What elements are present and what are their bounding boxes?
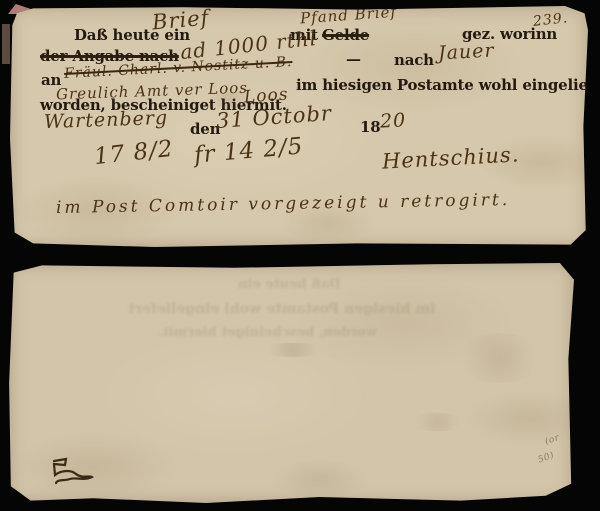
printed-text-nach: nach — [394, 51, 434, 69]
handwritten-destination: Jauer — [437, 40, 495, 65]
printed-text-gelde-struck: Gelde — [322, 26, 369, 44]
ink-squiggle-mark — [46, 455, 100, 491]
handwritten-item-word: Brief — [151, 6, 210, 35]
ink-stain — [200, 92, 260, 108]
printed-dash: — — [346, 50, 361, 68]
ink-stain — [258, 343, 328, 357]
handwritten-note: im Post Comtoir vorgezeigt u retrogirt. — [56, 190, 510, 218]
scan-background: 239. Daß heute ein Brief mit Gelde Pfand… — [0, 0, 600, 511]
paper-edge-fragment — [2, 24, 10, 64]
foxing-stain — [454, 333, 544, 383]
pencil-mark-bottom: 50) — [536, 450, 555, 465]
receipt-back: im hiesigen Postamte wohl eingeliefert w… — [8, 263, 574, 503]
handwritten-pfandbrief: Pfand Brief — [299, 3, 397, 28]
showthrough-text: Daß heute ein — [238, 277, 341, 292]
ink-stain — [408, 413, 468, 431]
handwritten-year-suffix: 20 — [379, 109, 406, 132]
handwritten-signature: Hentschius. — [381, 142, 520, 173]
handwritten-fee-2: fr 14 2/5 — [193, 133, 304, 168]
printed-text-postamte: im hiesigen Postamte wohl eingeliefert — [296, 76, 600, 94]
handwritten-fee-1: 17 8/2 — [93, 136, 175, 170]
showthrough-text: im hiesigen Postamte wohl eingeliefert — [128, 301, 436, 317]
printed-year-prefix: 18 — [360, 118, 380, 136]
handwritten-place: Wartenberg — [44, 107, 169, 133]
receipt-front: 239. Daß heute ein Brief mit Gelde Pfand… — [10, 6, 588, 247]
showthrough-text: worden, bescheiniget hiermit. — [158, 325, 377, 340]
pencil-mark-top: (or — [544, 433, 561, 447]
